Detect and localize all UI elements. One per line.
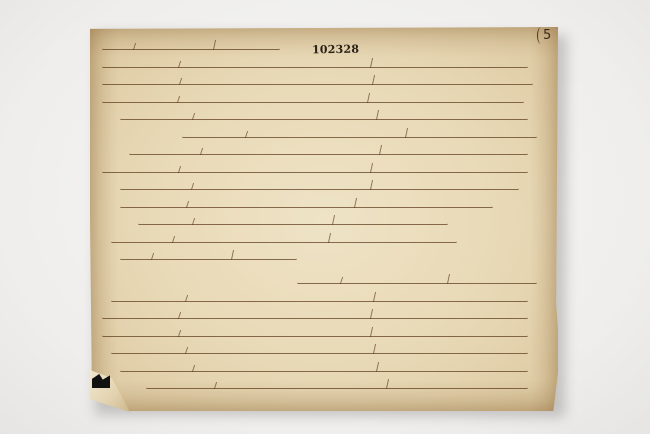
handwriting-block-lower xyxy=(102,281,546,404)
handwritten-line xyxy=(297,281,537,284)
archive-stamp-number: 102328 xyxy=(312,43,359,57)
handwritten-line xyxy=(111,299,528,302)
handwritten-line xyxy=(129,152,529,155)
handwritten-line xyxy=(120,117,528,120)
handwritten-line xyxy=(120,257,298,260)
handwritten-line xyxy=(111,351,528,354)
handwritten-line xyxy=(182,135,537,138)
handwritten-line xyxy=(138,222,449,225)
handwritten-line xyxy=(120,205,493,208)
page-number: 5 xyxy=(543,28,551,43)
handwritten-line xyxy=(102,170,528,173)
handwritten-line xyxy=(102,47,280,50)
handwritten-line xyxy=(102,316,528,319)
handwritten-line xyxy=(102,100,524,103)
handwritten-line xyxy=(120,187,520,190)
handwriting-block-upper xyxy=(102,47,546,275)
manuscript-page xyxy=(90,27,558,411)
handwritten-line xyxy=(102,334,528,337)
handwritten-line xyxy=(102,82,533,85)
handwritten-line xyxy=(102,65,528,68)
handwritten-line xyxy=(120,369,528,372)
handwritten-line xyxy=(111,240,457,243)
handwritten-line xyxy=(146,386,528,389)
